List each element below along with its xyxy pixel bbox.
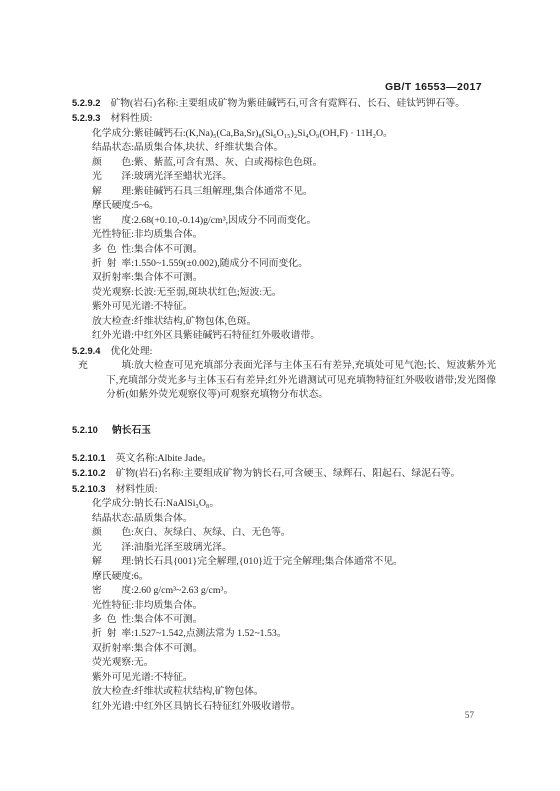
property-label: 折射率 — [92, 257, 131, 271]
property-row-cleavage: 解理:紫硅碱钙石具三组解理,集合体通常不见。 — [92, 185, 496, 199]
property-label: 密度 — [92, 584, 131, 598]
property-value: :1.527~1.542,点测法常为 1.52~1.53。 — [131, 628, 286, 639]
property-value: :放大检查可见充填部分表面光泽与主体玉石有差异,充填处可见气泡;长、短波紫外光下… — [106, 360, 496, 400]
property-label: 放大检查 — [92, 685, 131, 699]
section-heading-albite-jade: 5.2.10钠长石玉 — [72, 423, 496, 438]
property-value: :长波:无至弱,斑块状红色;短波:无。 — [131, 287, 282, 298]
section-number: 5.2.10 — [72, 425, 98, 435]
clause-number: 5.2.10.1 — [72, 451, 106, 465]
property-row-pleochroism: 多色性:集合体不可测。 — [92, 243, 496, 257]
clause-text: 优化处理: — [110, 346, 152, 357]
clause-number: 5.2.10.3 — [72, 482, 106, 496]
property-label: 颜色 — [92, 526, 131, 540]
clause-number: 5.2.9.2 — [72, 96, 100, 110]
page-number: 57 — [465, 711, 474, 721]
property-label: 双折射率 — [92, 271, 131, 285]
property-value: :无。 — [131, 657, 153, 668]
property-label: 化学成分 — [92, 127, 131, 141]
property-label: 解理 — [92, 185, 131, 199]
property-row-mohs-hardness: 摩氏硬度:5~6。 — [92, 199, 496, 213]
property-value: :油脂光泽至玻璃光泽。 — [131, 542, 232, 553]
property-label: 化学成分 — [92, 497, 131, 511]
clause-number: 5.2.9.3 — [72, 111, 100, 125]
property-value: :2.60 g/cm³~2.63 g/cm³。 — [131, 585, 233, 596]
property-row-birefringence: 双折射率:集合体不可测。 — [92, 271, 496, 285]
property-value: :6。 — [131, 571, 148, 582]
clause-text: 材料性质: — [116, 484, 158, 495]
property-label: 红外光谱 — [92, 700, 131, 714]
property-label: 结晶状态 — [92, 512, 131, 526]
property-value: :紫硅碱钙石具三组解理,集合体通常不见。 — [131, 186, 313, 197]
clause-5-2-9-4: 5.2.9.4优化处理: — [72, 344, 496, 359]
property-row-chemical-composition: 化学成分:紫硅碱钙石:(K,Na)₅(Ca,Ba,Sr)₈(Si₆O₁₅)₂Si… — [92, 127, 496, 141]
charoite-property-list: 化学成分:紫硅碱钙石:(K,Na)₅(Ca,Ba,Sr)₈(Si₆O₁₅)₂Si… — [92, 127, 496, 344]
property-row-crystal-state: 结晶状态:晶质集合体,块状、纤维状集合体。 — [92, 141, 496, 155]
property-label: 荧光观察 — [92, 286, 131, 300]
property-label: 光泽 — [92, 541, 131, 555]
property-value: :集合体不可测。 — [131, 614, 202, 625]
clause-text: 矿物(岩石)名称:主要组成矿物为钠长石,可含硬玉、绿辉石、阳起石、绿泥石等。 — [116, 468, 461, 479]
property-row-infrared-spectrum: 红外光谱:中红外区具紫硅碱钙石特征红外吸收谱带。 — [92, 329, 496, 343]
property-label: 充填 — [92, 359, 131, 373]
standard-code-header: GB/T 16553—2017 — [385, 81, 482, 93]
clause-text: 矿物(岩石)名称:主要组成矿物为紫硅碱钙石,可含有霓辉石、长石、硅钛钙钾石等。 — [110, 98, 465, 109]
clause-number: 5.2.10.2 — [72, 466, 106, 480]
property-value: :晶质集合体,块状、纤维状集合体。 — [131, 142, 283, 153]
document-body: 5.2.9.2矿物(岩石)名称:主要组成矿物为紫硅碱钙石,可含有霓辉石、长石、硅… — [72, 96, 496, 714]
clause-text: 材料性质: — [110, 113, 152, 124]
clause-5-2-9-2: 5.2.9.2矿物(岩石)名称:主要组成矿物为紫硅碱钙石,可含有霓辉石、长石、硅… — [72, 96, 496, 111]
property-label: 密度 — [92, 214, 131, 228]
property-value: :灰白、灰绿白、灰绿、白、无色等。 — [131, 527, 290, 538]
section-title: 钠长石玉 — [112, 425, 151, 436]
property-row-optic-character: 光性特征:非均质集合体。 — [92, 599, 496, 613]
property-row-luster: 光泽:油脂光泽至玻璃光泽。 — [92, 541, 496, 555]
property-value: :晶质集合体。 — [131, 513, 193, 524]
treatment-list: 充填:放大检查可见充填部分表面光泽与主体玉石有差异,充填处可见气泡;长、短波紫外… — [92, 359, 496, 402]
property-label: 紫外可见光谱 — [92, 300, 151, 314]
property-row-color: 颜色:灰白、灰绿白、灰绿、白、无色等。 — [92, 526, 496, 540]
property-row-magnification: 放大检查:纤维状结构,矿物包体,色斑。 — [92, 315, 496, 329]
property-value: :集合体不可测。 — [131, 643, 202, 654]
filling-treatment-paragraph: 充填:放大检查可见充填部分表面光泽与主体玉石有差异,充填处可见气泡;长、短波紫外… — [92, 359, 496, 402]
property-label: 光泽 — [92, 170, 131, 184]
property-row-density: 密度:2.60 g/cm³~2.63 g/cm³。 — [92, 584, 496, 598]
property-label: 紫外可见光谱 — [92, 671, 151, 685]
property-row-luster: 光泽:玻璃光泽至蜡状光泽。 — [92, 170, 496, 184]
document-page: GB/T 16553—2017 5.2.9.2矿物(岩石)名称:主要组成矿物为紫… — [0, 0, 560, 791]
property-row-chemical-composition: 化学成分:钠长石:NaAlSi₃O₈。 — [92, 497, 496, 511]
property-value: :5~6。 — [131, 200, 159, 211]
property-value: :中红外区具紫硅碱钙石特征红外吸收谱带。 — [131, 330, 320, 341]
property-value: :钠长石具{001}完全解理,{010}近于完全解理;集合体通常不见。 — [131, 556, 403, 567]
property-row-fluorescence: 荧光观察:长波:无至弱,斑块状红色;短波:无。 — [92, 286, 496, 300]
property-value: :紫硅碱钙石:(K,Na)₅(Ca,Ba,Sr)₈(Si₆O₁₅)₂Si₄O₉(… — [131, 128, 393, 139]
property-row-density: 密度:2.68(+0.10,-0.14)g/cm³,因成分不同而变化。 — [92, 214, 496, 228]
property-label: 放大检查 — [92, 315, 131, 329]
property-value: :紫、紫蓝,可含有黑、灰、白或褐棕色色斑。 — [131, 157, 322, 168]
property-row-infrared-spectrum: 红外光谱:中红外区具钠长石特征红外吸收谱带。 — [92, 700, 496, 714]
property-row-uv-visible-spectrum: 紫外可见光谱:不特征。 — [92, 671, 496, 685]
property-row-birefringence: 双折射率:集合体不可测。 — [92, 642, 496, 656]
property-value: :纤维状结构,矿物包体,色斑。 — [131, 316, 256, 327]
property-row-magnification: 放大检查:纤维状或粒状结构,矿物包体。 — [92, 685, 496, 699]
property-value: :不特征。 — [151, 301, 193, 312]
property-row-cleavage: 解理:钠长石具{001}完全解理,{010}近于完全解理;集合体通常不见。 — [92, 555, 496, 569]
clause-text: 英文名称:Albite Jade。 — [116, 453, 212, 464]
property-row-refractive-index: 折射率:1.527~1.542,点测法常为 1.52~1.53。 — [92, 627, 496, 641]
property-value: :中红外区具钠长石特征红外吸收谱带。 — [131, 701, 300, 712]
property-label: 颜色 — [92, 156, 131, 170]
property-label: 多色性 — [92, 243, 131, 257]
clause-5-2-10-2: 5.2.10.2矿物(岩石)名称:主要组成矿物为钠长石,可含硬玉、绿辉石、阳起石… — [72, 466, 496, 481]
clause-5-2-10-1: 5.2.10.1英文名称:Albite Jade。 — [72, 451, 496, 466]
clause-5-2-9-3: 5.2.9.3材料性质: — [72, 111, 496, 126]
property-value: :2.68(+0.10,-0.14)g/cm³,因成分不同而变化。 — [131, 215, 316, 226]
property-row-pleochroism: 多色性:集合体不可测。 — [92, 613, 496, 627]
property-value: :集合体不可测。 — [131, 244, 202, 255]
property-value: :玻璃光泽至蜡状光泽。 — [131, 171, 232, 182]
property-value: :1.550~1.559(±0.002),随成分不同而变化。 — [131, 258, 308, 269]
property-value: :非均质集合体。 — [131, 600, 202, 611]
property-row-fluorescence: 荧光观察:无。 — [92, 656, 496, 670]
property-label: 荧光观察 — [92, 656, 131, 670]
property-row-uv-visible-spectrum: 紫外可见光谱:不特征。 — [92, 300, 496, 314]
property-label: 折射率 — [92, 627, 131, 641]
property-row-crystal-state: 结晶状态:晶质集合体。 — [92, 512, 496, 526]
clause-number: 5.2.9.4 — [72, 344, 100, 358]
property-value: :钠长石:NaAlSi₃O₈。 — [131, 498, 219, 509]
property-value: :集合体不可测。 — [131, 272, 202, 283]
property-label: 多色性 — [92, 613, 131, 627]
property-label: 红外光谱 — [92, 329, 131, 343]
property-value: :非均质集合体。 — [131, 229, 202, 240]
property-row-refractive-index: 折射率:1.550~1.559(±0.002),随成分不同而变化。 — [92, 257, 496, 271]
property-label: 摩氏硬度 — [92, 570, 131, 584]
property-row-color: 颜色:紫、紫蓝,可含有黑、灰、白或褐棕色色斑。 — [92, 156, 496, 170]
property-row-mohs-hardness: 摩氏硬度:6。 — [92, 570, 496, 584]
property-label: 解理 — [92, 555, 131, 569]
property-label: 结晶状态 — [92, 141, 131, 155]
clause-5-2-10-3: 5.2.10.3材料性质: — [72, 482, 496, 497]
property-label: 摩氏硬度 — [92, 199, 131, 213]
property-label: 双折射率 — [92, 642, 131, 656]
property-label: 光性特征 — [92, 599, 131, 613]
property-label: 光性特征 — [92, 228, 131, 242]
property-value: :不特征。 — [151, 672, 193, 683]
albite-property-list: 化学成分:钠长石:NaAlSi₃O₈。 结晶状态:晶质集合体。 颜色:灰白、灰绿… — [92, 497, 496, 714]
property-value: :纤维状或粒状结构,矿物包体。 — [131, 686, 264, 697]
property-row-optic-character: 光性特征:非均质集合体。 — [92, 228, 496, 242]
